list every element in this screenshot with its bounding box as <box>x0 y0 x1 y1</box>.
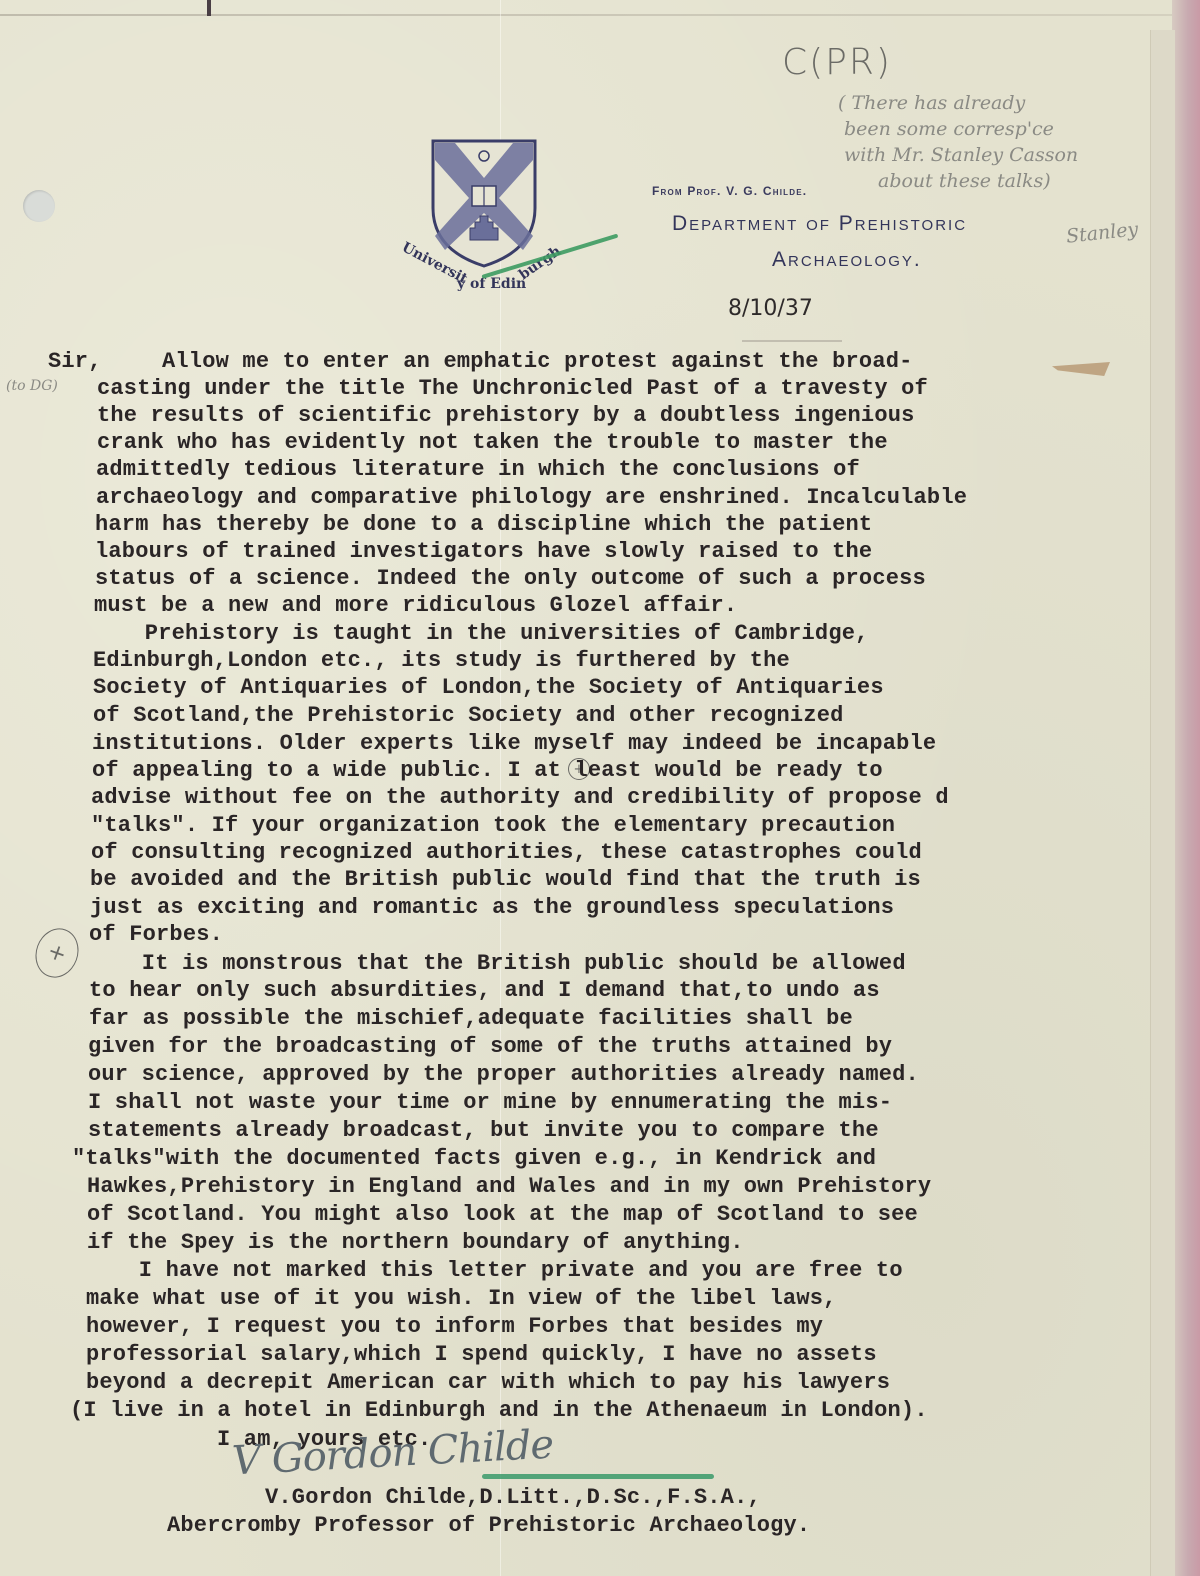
text-line: however, I request you to inform Forbes … <box>86 1313 823 1340</box>
text-line: Prehistory is taught in the universities… <box>118 620 869 647</box>
date-underline <box>742 340 842 342</box>
text-line: of appealing to a wide public. I at leas… <box>92 757 883 784</box>
text-line: of Scotland,the Prehistoric Society and … <box>93 702 844 729</box>
text-line: far as possible the mischief,adequate fa… <box>89 1005 853 1032</box>
text-line: just as exciting and romantic as the gro… <box>90 894 894 921</box>
text-line: "talks"with the documented facts given e… <box>72 1145 876 1172</box>
text-line: given for the broadcasting of some of th… <box>88 1033 892 1060</box>
text-line: "talks". If your organization took the e… <box>91 812 895 839</box>
text-line: Society of Antiquaries of London,the Soc… <box>93 674 884 701</box>
green-signature-underline <box>482 1474 714 1479</box>
top-crease <box>0 14 1172 16</box>
text-line: of Forbes. <box>89 921 223 948</box>
text-line: Hawkes,Prehistory in England and Wales a… <box>87 1173 931 1200</box>
text-line: statements already broadcast, but invite… <box>88 1117 879 1144</box>
signatory-title: Abercromby Professor of Prehistoric Arch… <box>167 1512 810 1539</box>
text-line: casting under the title The Unchronicled… <box>97 375 928 402</box>
underlying-page-edge <box>1150 30 1175 1576</box>
text-line: beyond a decrepit American car with whic… <box>86 1369 890 1396</box>
letter-page: Universit y of Edin burgh From Prof. V. … <box>0 0 1172 1576</box>
text-line: I have not marked this letter private an… <box>112 1257 903 1284</box>
text-line: to hear only such absurdities, and I dem… <box>89 977 880 1004</box>
note-line: about these talks) <box>838 168 1168 194</box>
text-line: the results of scientific prehistory by … <box>97 402 915 429</box>
to-dg-annotation: (to DG) <box>6 378 58 394</box>
crest-shield-icon: Universit y of Edin burgh <box>395 138 625 313</box>
text-line: if the Spey is the northern boundary of … <box>87 1229 744 1256</box>
paper-stain <box>1052 362 1110 376</box>
text-line: crank who has evidently not taken the tr… <box>97 429 888 456</box>
text-line: of Scotland. You might also look at the … <box>87 1201 918 1228</box>
text-line: admittedly tedious literature in which t… <box>96 456 860 483</box>
text-line: must be a new and more ridiculous Glozel… <box>94 592 737 619</box>
letterhead-department-2: Archaeology. <box>772 248 922 272</box>
letterhead-department: Department of Prehistoric <box>672 212 967 236</box>
file-code-annotation: C(PR) <box>782 42 892 83</box>
text-line: advise without fee on the authority and … <box>91 784 949 811</box>
punch-hole <box>23 190 55 222</box>
text-line: of consulting recognized authorities, th… <box>91 839 922 866</box>
text-line: (I live in a hotel in Edinburgh and in t… <box>70 1397 928 1424</box>
note-line: ( There has already <box>838 90 1168 116</box>
text-line: make what use of it you wish. In view of… <box>86 1285 837 1312</box>
letter-date: 8/10/37 <box>728 296 813 321</box>
text-line: status of a science. Indeed the only out… <box>95 565 926 592</box>
stanley-annotation: Stanley <box>1065 218 1139 247</box>
note-line: been some corresp'ce <box>838 116 1168 142</box>
letterhead-from: From Prof. V. G. Childe. <box>652 184 807 198</box>
text-line: archaeology and comparative philology ar… <box>96 484 967 511</box>
text-line: institutions. Older experts like myself … <box>92 730 936 757</box>
text-line: Allow me to enter an emphatic protest ag… <box>162 348 913 375</box>
text-line: Edinburgh,London etc., its study is furt… <box>93 647 790 674</box>
typed-signature: V.Gordon Childe,D.Litt.,D.Sc.,F.S.A., <box>265 1484 761 1511</box>
text-line: professorial salary,which I spend quickl… <box>86 1341 877 1368</box>
salutation: Sir, <box>48 348 102 375</box>
margin-note: ( There has already been some corresp'ce… <box>838 90 1168 194</box>
university-crest: Universit y of Edin burgh <box>395 138 625 313</box>
text-line: harm has thereby be done to a discipline… <box>95 511 872 538</box>
text-line: our science, approved by the proper auth… <box>88 1061 919 1088</box>
note-line: with Mr. Stanley Casson <box>838 142 1168 168</box>
circled-plus-mark-icon: + <box>29 922 86 983</box>
top-mark <box>207 0 211 16</box>
text-line: I shall not waste your time or mine by e… <box>88 1089 892 1116</box>
text-line: labours of trained investigators have sl… <box>95 538 872 565</box>
svg-text:y of Edin: y of Edin <box>456 276 526 292</box>
text-line: It is monstrous that the British public … <box>115 950 906 977</box>
text-line: be avoided and the British public would … <box>90 866 921 893</box>
